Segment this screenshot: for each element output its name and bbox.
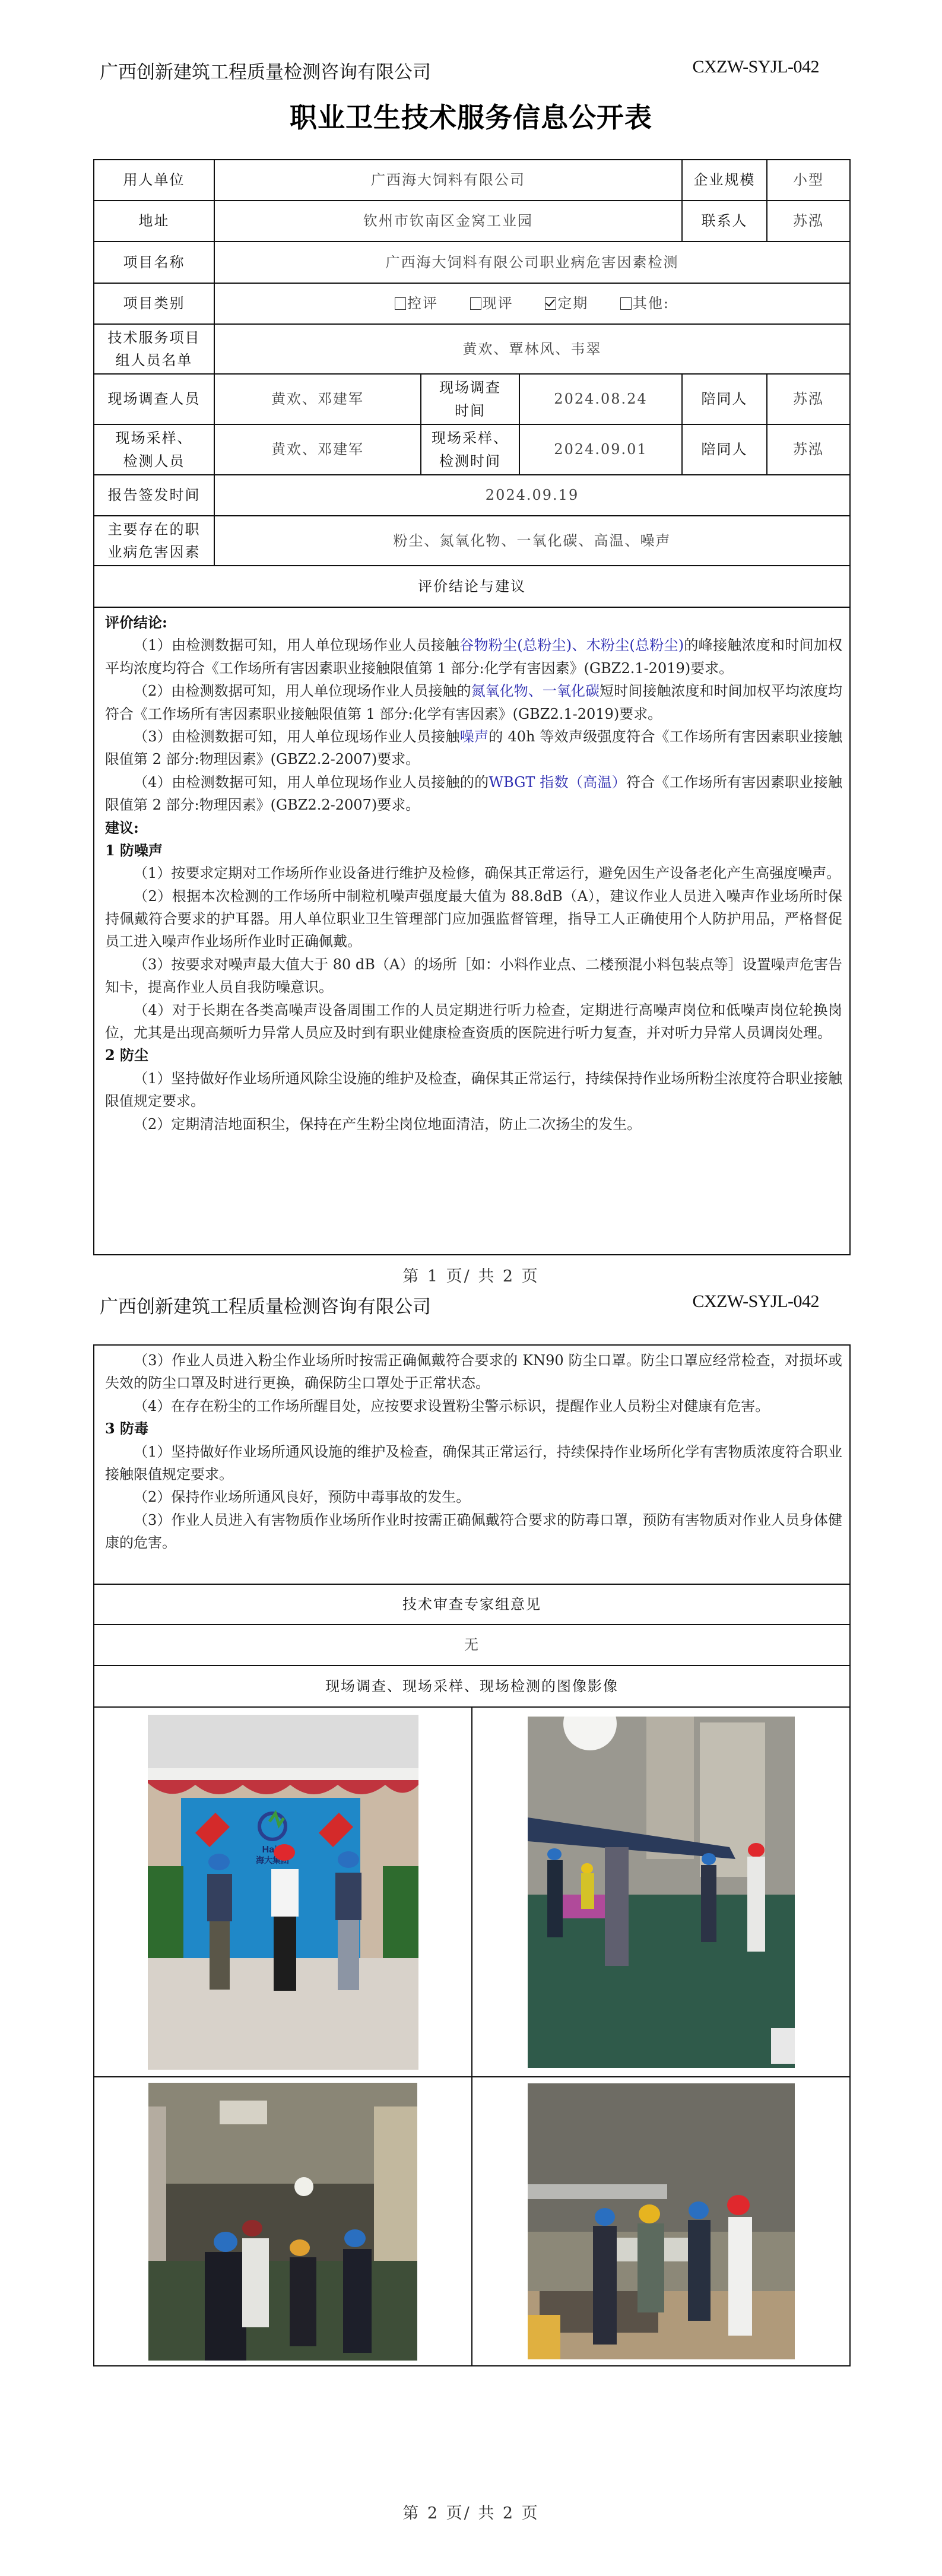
report-date-value: 2024.09.19 — [214, 475, 850, 516]
project-type-label: 项目类别 — [94, 283, 214, 324]
noise-item-4: （4）对于长期在各类高噪声设备周围工作的人员定期进行听力检查，定期进行高噪声岗位… — [105, 999, 842, 1045]
info-table-page1: 用人单位 广西海大饲料有限公司 企业规模 小型 地址 钦州市钦南区金窝工业园 联… — [93, 159, 851, 1255]
conclusions-and-suggestions: 评价结论: （1）由检测数据可知，用人单位现场作业人员接触谷物粉尘(总粉尘)、木… — [94, 607, 850, 1255]
document-code: CXZW-SYJL-042 — [693, 57, 820, 77]
packaging-photo-image — [528, 1717, 795, 2068]
scale-value: 小型 — [767, 160, 850, 201]
scale-label: 企业规模 — [682, 160, 767, 201]
dust-item-1: （1）坚持做好作业场所通风除尘设施的维护及检查，确保其正常运行，持续保持作业场所… — [105, 1067, 842, 1113]
expert-review-value: 无 — [94, 1625, 850, 1665]
survey-staff-label: 现场调查人员 — [94, 374, 214, 424]
sampling-time-value: 2024.09.01 — [519, 424, 682, 475]
option-current-eval[interactable]: 现评 — [470, 292, 513, 315]
hazards-value: 粉尘、氮氧化物、一氧化碳、高温、噪声 — [214, 516, 850, 566]
page-title: 职业卫生技术服务信息公开表 — [0, 96, 942, 135]
noise-item-1: （1）按要求定期对工作场所作业设备进行维护及检修，确保其正常运行，避免因生产设备… — [105, 862, 842, 884]
project-type-options: 控评 现评 定期 其他: — [214, 283, 850, 324]
toxic-item-2: （2）保持作业场所通风良好，预防中毒事故的发生。 — [105, 1486, 842, 1508]
conclusion-item-2: （2）由检测数据可知，用人单位现场作业人员接触的氮氧化物、一氧化碳短时间接触浓度… — [105, 680, 842, 725]
checkbox-icon[interactable] — [470, 297, 481, 310]
address-label: 地址 — [94, 201, 214, 242]
photo-cell-4 — [472, 2077, 850, 2366]
accompany2-label: 陪同人 — [682, 424, 767, 475]
sampling-staff-label: 现场采样、检测人员 — [94, 424, 214, 475]
suggestion-heading: 建议: — [105, 817, 842, 839]
conclusion-item-3: （3）由检测数据可知，用人单位现场作业人员接触噪声的 40h 等效声级强度符合《… — [105, 725, 842, 771]
employer-value: 广西海大饲料有限公司 — [214, 160, 682, 201]
team-value: 黄欢、覃林风、韦翠 — [214, 324, 850, 374]
checkbox-checked-icon[interactable] — [545, 297, 556, 310]
option-periodic[interactable]: 定期 — [545, 292, 588, 315]
dust-item-3: （3）作业人员进入粉尘作业场所时按需正确佩戴符合要求的 KN90 防尘口罩。防尘… — [105, 1349, 842, 1395]
accompany2-value: 苏泓 — [767, 424, 850, 475]
photo-packaging-line — [528, 1717, 795, 2068]
toxic-item-3: （3）作业人员进入有害物质作业场所作业时按需正确佩戴符合要求的防毒口罩，预防有害… — [105, 1509, 842, 1555]
conclusion-heading: 评价结论: — [105, 611, 842, 634]
address-value: 钦州市钦南区金窝工业园 — [214, 201, 682, 242]
expert-review-title: 技术审查专家组意见 — [94, 1584, 850, 1625]
sampling-staff-value: 黄欢、邓建军 — [214, 424, 421, 475]
noise-heading: 1 防噪声 — [105, 839, 842, 862]
survey-staff-value: 黄欢、邓建军 — [214, 374, 421, 424]
toxic-heading: 3 防毒 — [105, 1417, 842, 1440]
page-number-1: 第 1 页/ 共 2 页 — [0, 1263, 942, 1286]
contact-value: 苏泓 — [767, 201, 850, 242]
dust-item-2: （2）定期清洁地面积尘，保持在产生粉尘岗位地面清洁，防止二次扬尘的发生。 — [105, 1113, 842, 1135]
person-left — [207, 1854, 232, 1990]
suggestions-continued: （3）作业人员进入粉尘作业场所时按需正确佩戴符合要求的 KN90 防尘口罩。防尘… — [94, 1345, 850, 1584]
photo-cell-2 — [472, 1707, 850, 2077]
accompany-value: 苏泓 — [767, 374, 850, 424]
noise-item-3: （3）按要求对噪声最大值大于 80 dB（A）的场所［如：小料作业点、二楼预混小… — [105, 953, 842, 999]
option-other[interactable]: 其他: — [620, 292, 670, 315]
company-header-page2: 广西创新建筑工程质量检测咨询有限公司 — [100, 1292, 431, 1318]
project-name-label: 项目名称 — [94, 242, 214, 283]
photos-title: 现场调查、现场采样、现场检测的图像影像 — [94, 1665, 850, 1707]
hazards-label: 主要存在的职业病危害因素 — [94, 516, 214, 566]
info-table-page2: （3）作业人员进入粉尘作业场所时按需正确佩戴符合要求的 KN90 防尘口罩。防尘… — [93, 1344, 851, 2366]
photo-dust-sampling — [528, 2083, 795, 2359]
sampling-photo-image — [528, 2083, 795, 2359]
sampling-time-label: 现场采样、检测时间 — [421, 424, 519, 475]
dust-heading: 2 防尘 — [105, 1044, 842, 1067]
photo-lobby-group: Haid 海大集团 — [148, 1715, 418, 2070]
noise-item-2: （2）根据本次检测的工作场所中制粒机噪声强度最大值为 88.8dB（A），建议作… — [105, 885, 842, 953]
employer-label: 用人单位 — [94, 160, 214, 201]
option-control-eval[interactable]: 控评 — [395, 292, 438, 315]
dust-item-4: （4）在存在粉尘的工作场所醒目处，应按要求设置粉尘警示标识，提醒作业人员粉尘对健… — [105, 1395, 842, 1417]
company-header: 广西创新建筑工程质量检测咨询有限公司 — [100, 57, 431, 84]
survey-time-value: 2024.08.24 — [519, 374, 682, 424]
checkbox-icon[interactable] — [620, 297, 632, 310]
photo-cell-3 — [94, 2077, 472, 2366]
photo-corridor-inspection — [148, 2083, 417, 2361]
photo-cell-1: Haid 海大集团 — [94, 1707, 472, 2077]
survey-time-label: 现场调查时间 — [421, 374, 519, 424]
project-name-value: 广西海大饲料有限公司职业病危害因素检测 — [214, 242, 850, 283]
report-date-label: 报告签发时间 — [94, 475, 214, 516]
accompany-label: 陪同人 — [682, 374, 767, 424]
conclusion-item-1: （1）由检测数据可知，用人单位现场作业人员接触谷物粉尘(总粉尘)、木粉尘(总粉尘… — [105, 634, 842, 680]
contact-label: 联系人 — [682, 201, 767, 242]
corridor-photo-image — [148, 2083, 417, 2361]
page-number-2: 第 2 页/ 共 2 页 — [0, 2500, 942, 2523]
toxic-item-1: （1）坚持做好作业场所通风设施的维护及检查，确保其正常运行，持续保持作业场所化学… — [105, 1441, 842, 1486]
conclusion-section-title: 评价结论与建议 — [94, 566, 850, 607]
lobby-photo-image: Haid 海大集团 — [148, 1715, 418, 2070]
document-code-page2: CXZW-SYJL-042 — [693, 1292, 820, 1312]
team-label: 技术服务项目组人员名单 — [94, 324, 214, 374]
conclusion-item-4: （4）由检测数据可知，用人单位现场作业人员接触的的WBGT 指数（高温）符合《工… — [105, 771, 842, 817]
checkbox-icon[interactable] — [395, 297, 406, 310]
